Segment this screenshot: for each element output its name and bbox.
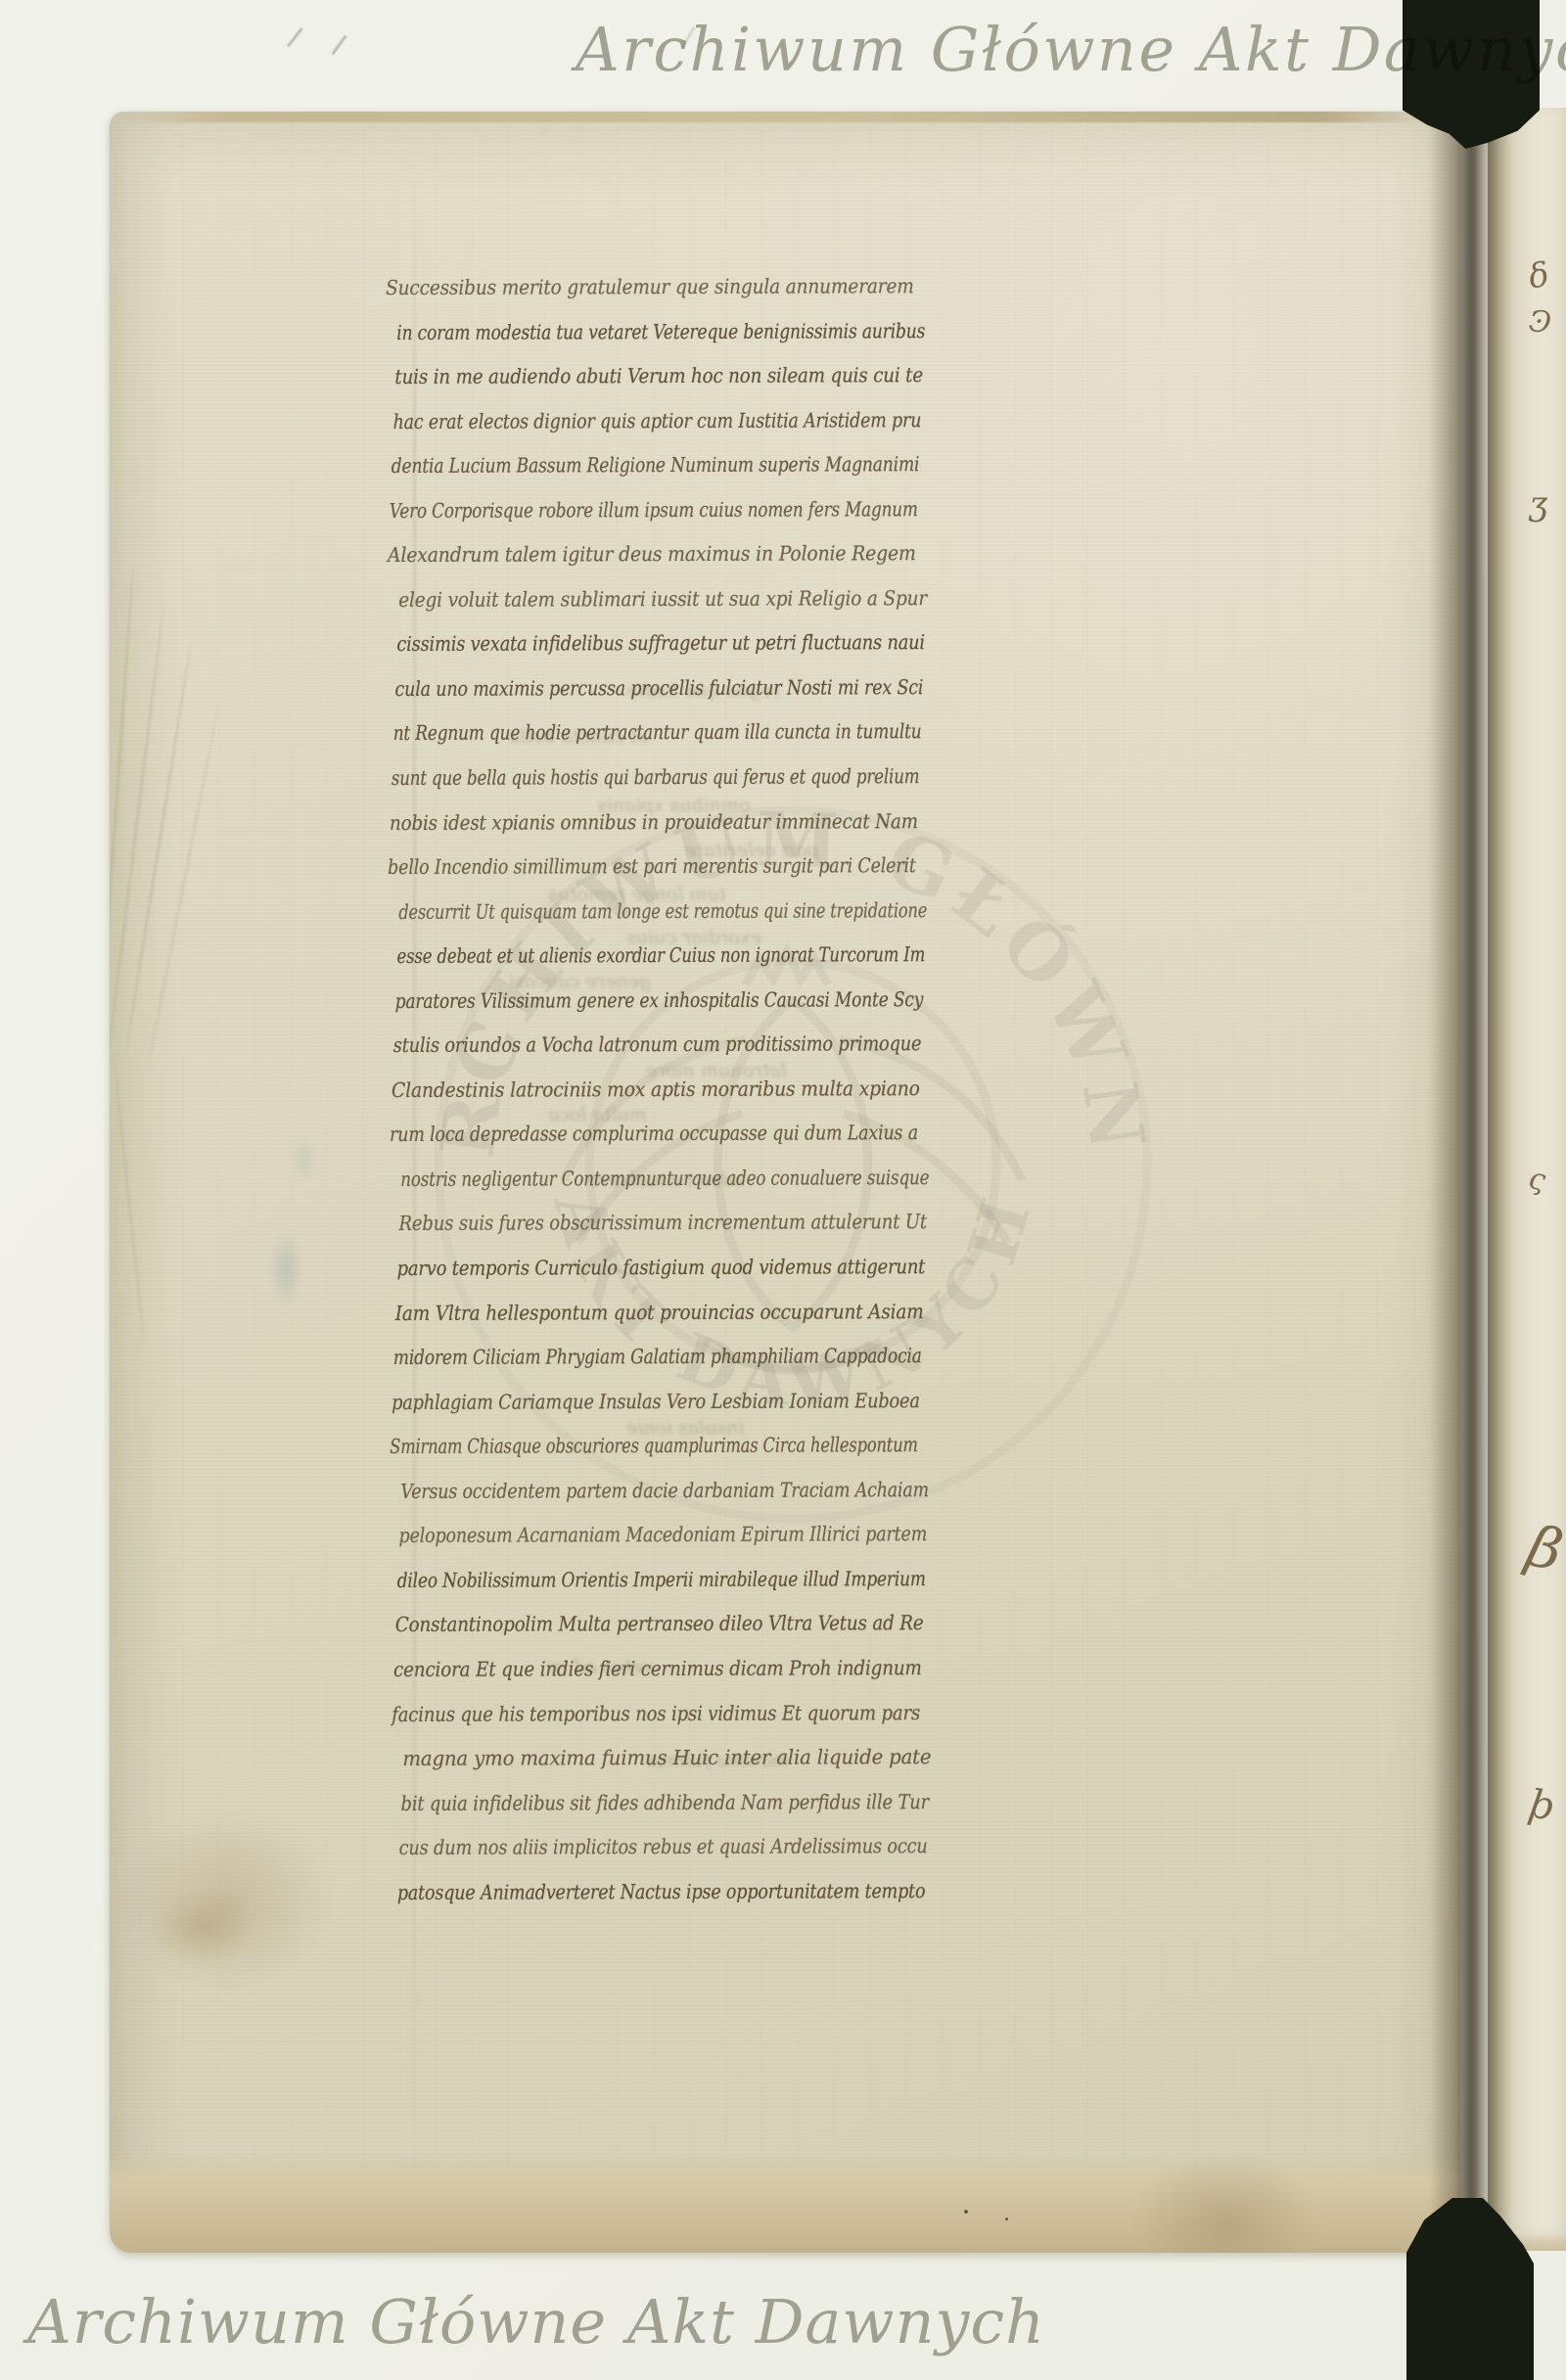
- handwritten-line: Rebus suis fures obscurissimum increment…: [398, 1201, 927, 1247]
- adjacent-page-ink-fragment: β: [1521, 1512, 1566, 1584]
- handwritten-line: Versus occidentem partem dacie darbaniam…: [400, 1468, 929, 1514]
- handwritten-line: parvo temporis Curriculo fastigium quod …: [396, 1245, 925, 1291]
- handwritten-line: cula uno maximis percussa procellis fulc…: [394, 665, 923, 711]
- paper-wrinkle: [110, 562, 135, 972]
- handwritten-line: cissimis vexata infidelibus suffragetur …: [396, 620, 925, 666]
- water-stain: [110, 1775, 374, 2030]
- handwritten-line: sunt que bella quis hostis qui barbarus …: [391, 755, 920, 801]
- handwritten-line: in coram modestia tua vetaret Vetereque …: [396, 309, 925, 355]
- handwritten-line: stulis oriundos a Vocha latronum cum pro…: [393, 1022, 922, 1068]
- page-top-deckle-edge: [123, 112, 1425, 122]
- handwritten-line: rum loca depredasse complurima occupasse…: [390, 1112, 918, 1158]
- book-gutter-shadow: [1429, 104, 1507, 2257]
- handwritten-line: Smirnam Chiasque obscuriores quamplurima…: [390, 1423, 918, 1469]
- ink-speck: [964, 2210, 968, 2214]
- handwritten-line: Clandestinis latrociniis mox aptis morar…: [391, 1067, 920, 1113]
- handwritten-line: Successibus merito gratulemur que singul…: [386, 264, 914, 310]
- ink-speck: [1005, 2218, 1008, 2220]
- adjacent-page-ink-fragment: Ͽ: [1528, 304, 1553, 341]
- page-bottom-deckle-edge: [110, 2153, 1460, 2253]
- handwritten-line: Vero Corporisque robore illum ipsum cuiu…: [390, 487, 918, 533]
- handwritten-line: dentia Lucium Bassum Religione Numinum s…: [391, 442, 920, 488]
- handwritten-line: nt Regnum que hodie pertractantur quam i…: [393, 710, 922, 756]
- handwritten-line: patosque Animadverteret Nactus ipse oppo…: [397, 1869, 926, 1915]
- manuscript-page: ARCHIWUM GŁÓWNE AKT DAWNYCH regna que ho…: [110, 112, 1460, 2253]
- handwritten-line: Iam Vltra hellespontum quot prouincias o…: [395, 1290, 924, 1336]
- handwritten-line: cenciora Et que indies fieri cernimus di…: [393, 1646, 922, 1692]
- ink-stamp-faint: [262, 1215, 309, 1323]
- adjacent-page-ink-fragment: ʒ: [1529, 484, 1547, 524]
- adjacent-page-ink-fragment: ς: [1526, 1162, 1548, 1198]
- scratch-mark: [331, 34, 347, 55]
- handwritten-line: esse debeat et ut alienis exordiar Cuius…: [396, 933, 925, 979]
- handwritten-line: Alexandrum talem igitur deus maximus in …: [388, 531, 916, 577]
- handwritten-line: magna ymo maxima fuimus Huic inter alia …: [402, 1735, 931, 1781]
- paper-wrinkle: [147, 702, 220, 1068]
- scanned-archive-image: ARCHIWUM GŁÓWNE AKT DAWNYCH regna que ho…: [0, 0, 1566, 2380]
- handwritten-line: paphlagiam Cariamque Insulas Vero Lesbia…: [391, 1379, 920, 1425]
- handwritten-line: descurrit Ut quisquam tam longe est remo…: [398, 889, 927, 935]
- handwritten-line: Constantinopolim Multa pertranseo dileo …: [395, 1602, 924, 1648]
- adjacent-page-ink-fragment: δ: [1526, 255, 1552, 297]
- water-stain-core: [129, 1873, 276, 1981]
- handwritten-line: nostris negligentur Contempnunturque ade…: [400, 1156, 929, 1202]
- handwritten-line: hac erat electos dignior quis aptior cum…: [392, 398, 921, 444]
- ink-stamp-faint: [288, 1129, 321, 1188]
- handwritten-line: elegi voluit talem sublimari iussit ut s…: [398, 576, 927, 622]
- handwritten-line: facinus que his temporibus nos ipsi vidi…: [391, 1691, 920, 1737]
- handwritten-line: paratores Vilissimum genere ex inhospita…: [395, 978, 924, 1024]
- archive-watermark-bottom: Archiwum Główne Akt Dawnych: [27, 2286, 1045, 2357]
- adjacent-page-ink-fragment: ϸ: [1526, 1781, 1557, 1829]
- scratch-mark: [681, 26, 696, 48]
- manuscript-text: Successibus merito gratulemur que singul…: [390, 264, 944, 1915]
- handwritten-line: cus dum nos aliis implicitos rebus et qu…: [399, 1824, 928, 1870]
- paper-wrinkle: [112, 1052, 145, 1345]
- handwritten-line: nobis idest xpianis omnibus in prouideat…: [390, 800, 918, 846]
- handwritten-line: midorem Ciliciam Phrygiam Galatiam phamp…: [393, 1334, 922, 1380]
- handwritten-line: peloponesum Acarnaniam Macedoniam Epirum…: [398, 1512, 927, 1558]
- handwritten-line: bello Incendio simillimum est pari meren…: [388, 844, 916, 890]
- handwritten-line: dileo Nobilissimum Orientis Imperii mira…: [397, 1557, 926, 1603]
- handwritten-line: tuis in me audiendo abuti Verum hoc non …: [394, 353, 923, 399]
- handwritten-line: bit quia infidelibus sit fides adhibenda…: [400, 1780, 929, 1826]
- scratch-mark: [287, 27, 303, 48]
